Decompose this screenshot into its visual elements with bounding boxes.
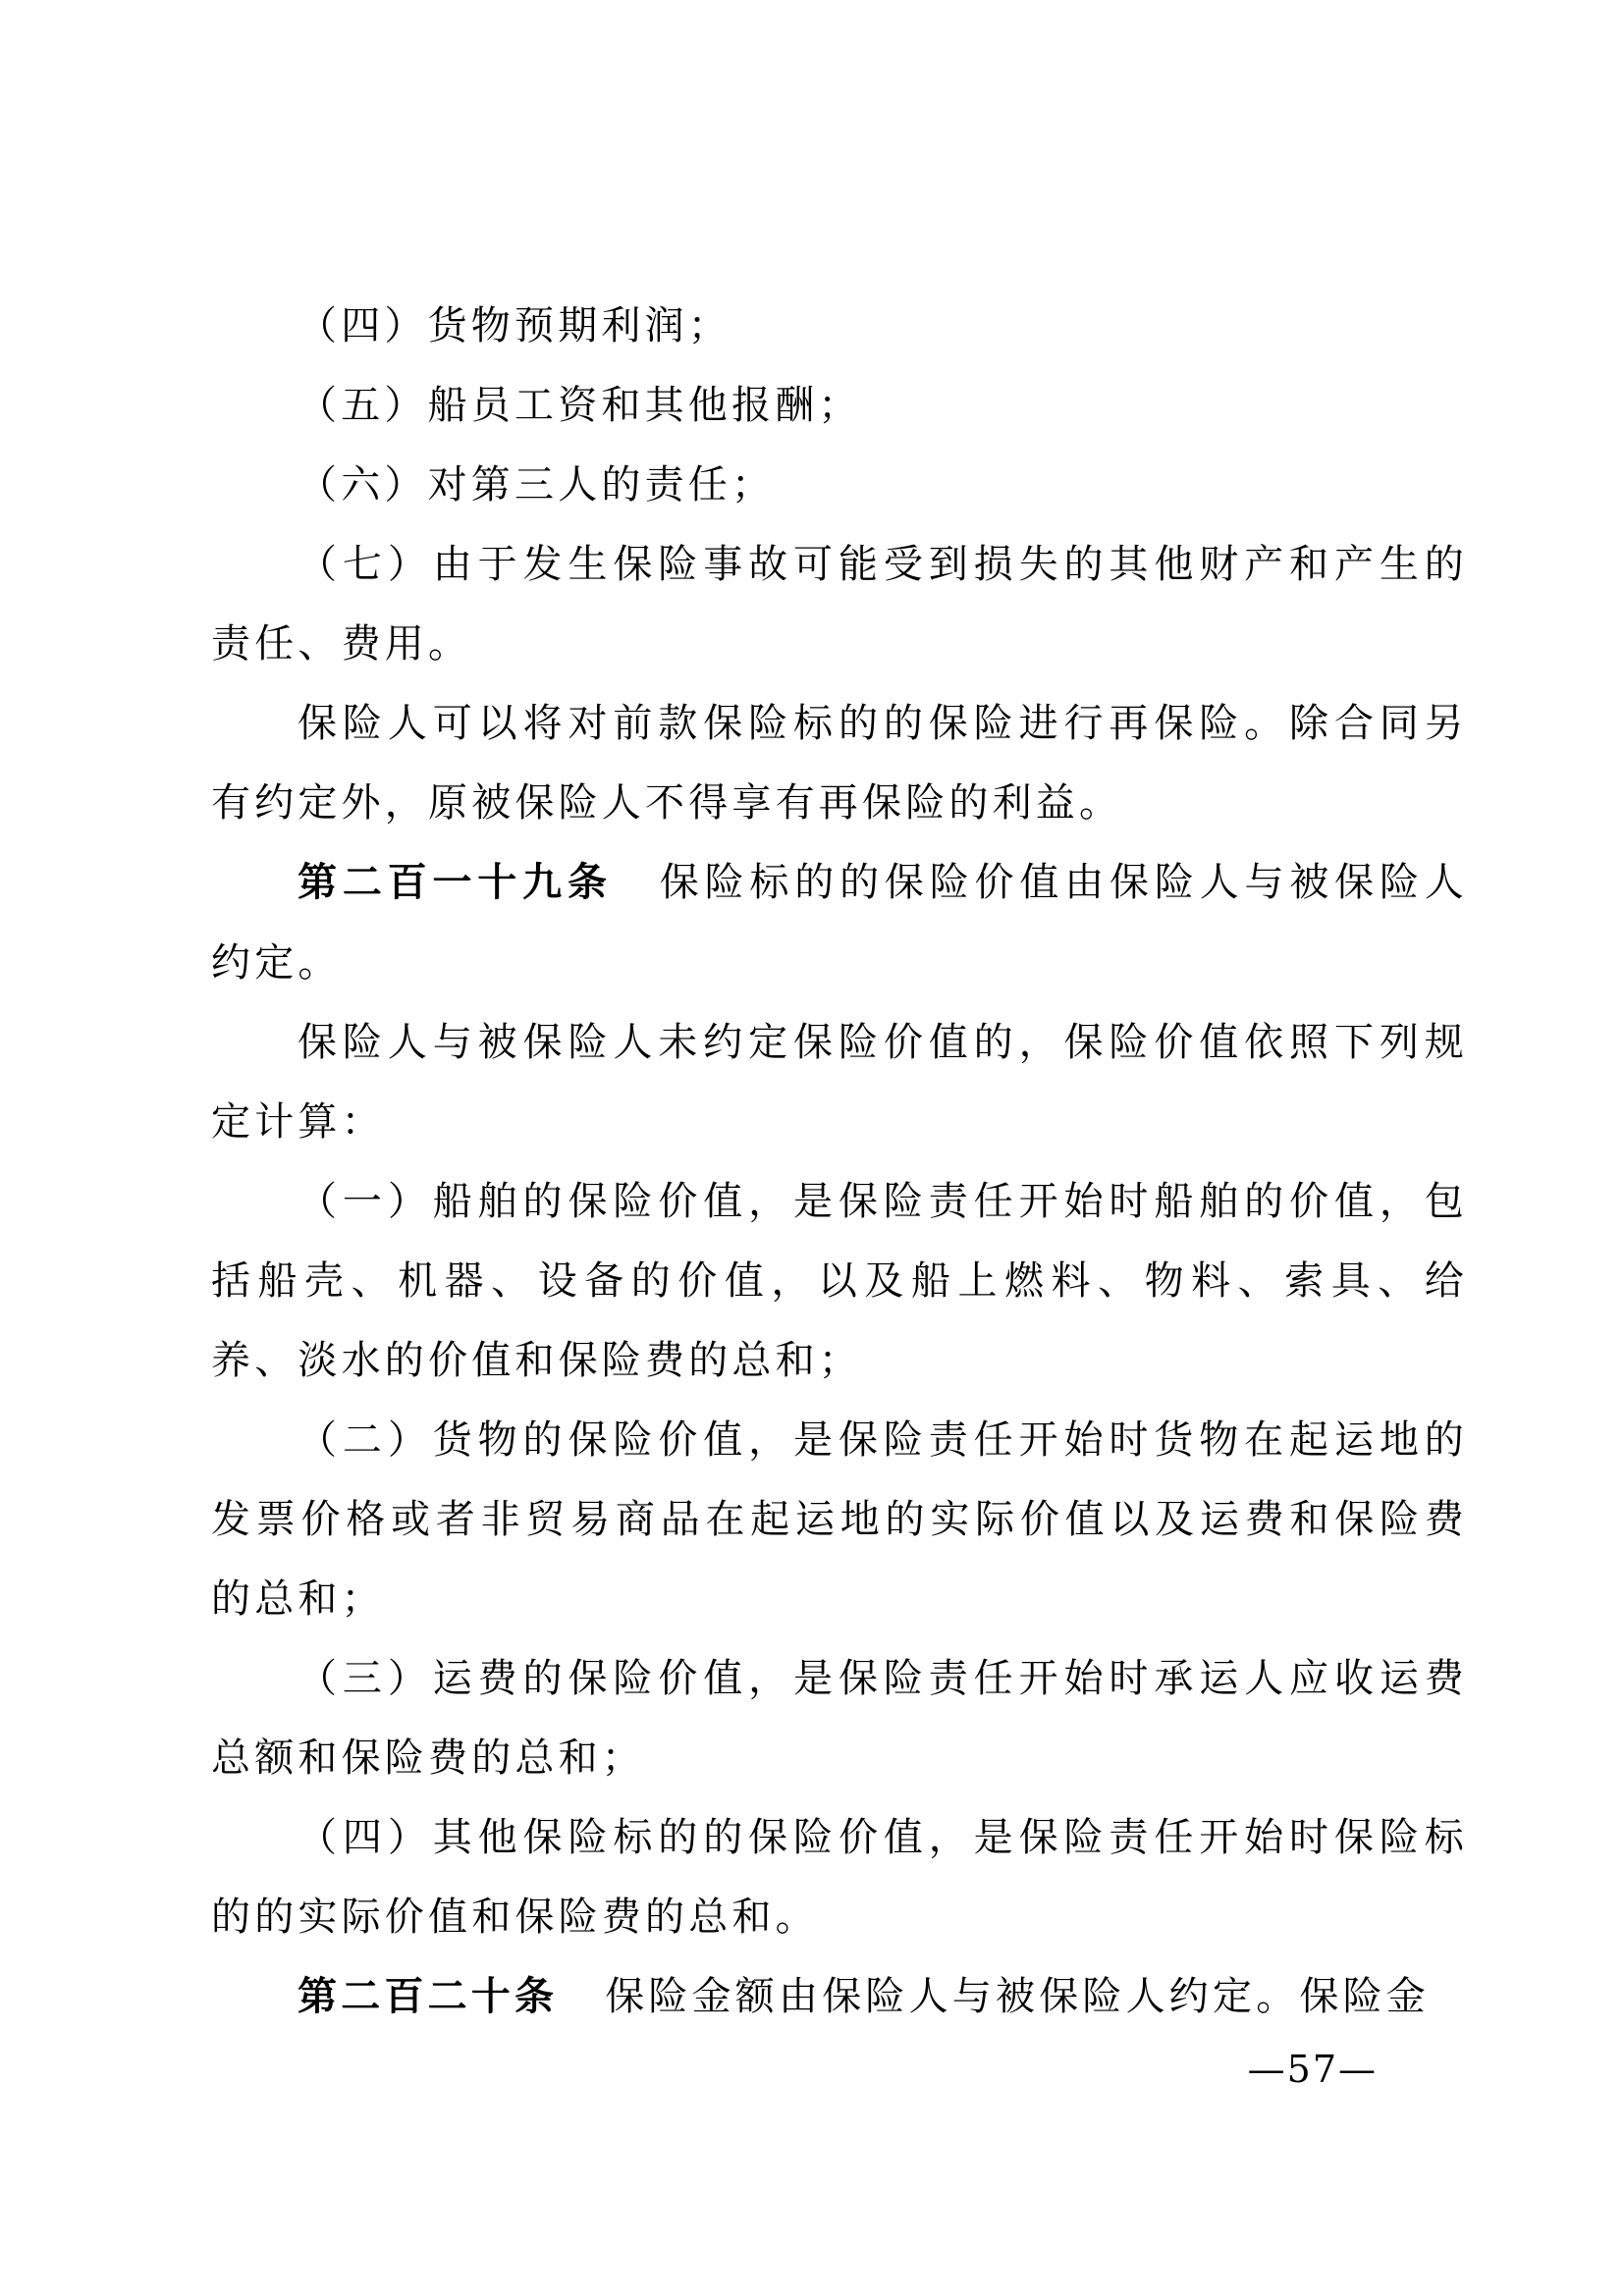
paragraph-text: （七）由于发生保险事故可能受到损失的其他财产和产生的责任、费用。 — [211, 542, 1468, 666]
paragraph: （二）货物的保险价值，是保险责任开始时货物在起运地的发票价格或者非贸易商品在起运… — [211, 1400, 1468, 1638]
paragraph: （三）运费的保险价值，是保险责任开始时承运人应收运费总额和保险费的总和； — [211, 1638, 1468, 1797]
article-paragraph: 第二百一十九条保险标的的保险价值由保险人与被保险人约定。 — [211, 842, 1468, 1002]
paragraph-text: （四）其他保险标的的保险价值，是保险责任开始时保险标的的实际价值和保险费的总和。 — [211, 1815, 1468, 1939]
paragraph: （六）对第三人的责任； — [211, 445, 1468, 524]
paragraph-text: （五）船员工资和其他报酬； — [298, 383, 862, 427]
paragraph-text: 保险人可以将对前款保险标的的保险进行再保险。除合同另有约定外，原被保险人不得享有… — [211, 701, 1468, 825]
page-number: —57— — [1248, 2047, 1378, 2092]
paragraph: （五）船员工资和其他报酬； — [211, 365, 1468, 445]
article-number: 第二百二十条 — [298, 1975, 558, 2018]
paragraph-text: （二）货物的保险价值，是保险责任开始时货物在起运地的发票价格或者非贸易商品在起运… — [211, 1417, 1468, 1621]
paragraph: （四）货物预期利润； — [211, 286, 1468, 365]
paragraph-text: （一）船舶的保险价值，是保险责任开始时船舶的价值，包括船壳、机器、设备的价值，以… — [211, 1179, 1468, 1382]
paragraph-text: （六）对第三人的责任； — [298, 462, 775, 507]
paragraph: （四）其他保险标的的保险价值，是保险责任开始时保险标的的实际价值和保险费的总和。 — [211, 1797, 1468, 1956]
paragraph-text: 保险人与被保险人未约定保险价值的，保险价值依照下列规定计算： — [211, 1020, 1468, 1144]
document-body: （四）货物预期利润；（五）船员工资和其他报酬；（六）对第三人的责任；（七）由于发… — [211, 286, 1468, 2037]
paragraph: （一）船舶的保险价值，是保险责任开始时船舶的价值，包括船壳、机器、设备的价值，以… — [211, 1161, 1468, 1400]
paragraph: 保险人与被保险人未约定保险价值的，保险价值依照下列规定计算： — [211, 1002, 1468, 1161]
paragraph: 保险人可以将对前款保险标的的保险进行再保险。除合同另有约定外，原被保险人不得享有… — [211, 683, 1468, 842]
document-page: （四）货物预期利润；（五）船员工资和其他报酬；（六）对第三人的责任；（七）由于发… — [0, 0, 1624, 2296]
paragraph-text: 保险金额由保险人与被保险人约定。保险金 — [605, 1974, 1430, 2018]
paragraph: （七）由于发生保险事故可能受到损失的其他财产和产生的责任、费用。 — [211, 524, 1468, 683]
article-number: 第二百一十九条 — [298, 861, 613, 904]
paragraph-text: （三）运费的保险价值，是保险责任开始时承运人应收运费总额和保险费的总和； — [211, 1656, 1468, 1780]
paragraph-text: （四）货物预期利润； — [298, 303, 731, 347]
article-paragraph: 第二百二十条保险金额由保险人与被保险人约定。保险金 — [211, 1956, 1468, 2037]
